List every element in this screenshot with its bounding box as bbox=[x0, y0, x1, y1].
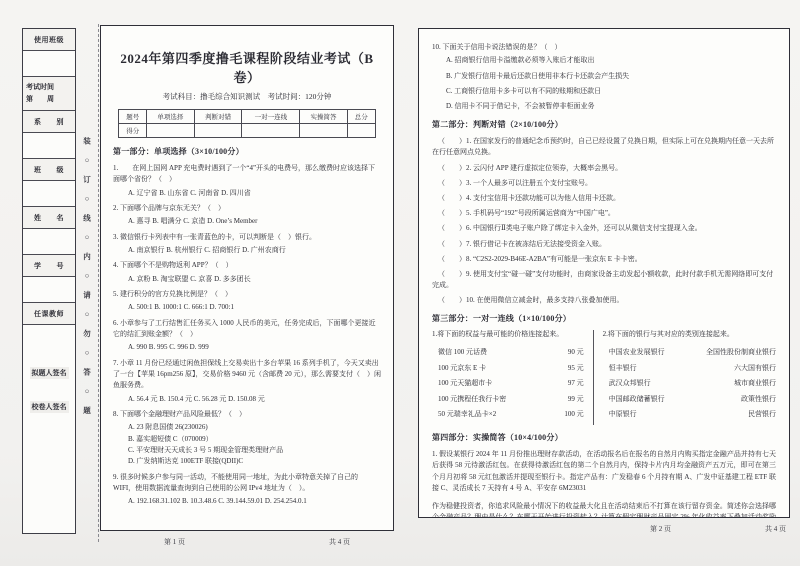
score-row-label: 得分 bbox=[119, 124, 147, 138]
score-table-score-row: 得分 bbox=[119, 124, 375, 138]
single-choice-question-list: 1. 在网上国网 APP 充电费时遇到了一个“4”开头的电费号，那么缴费时应该选… bbox=[113, 163, 381, 508]
true-false-item: （ ）2. 云闪付 APP 建行虚拟定位领券，大概率会黑号。 bbox=[432, 163, 776, 174]
score-cell-empty bbox=[300, 124, 348, 138]
true-false-item: （ ）5. 手机码号“192”号段所属运营商为“中国广电”。 bbox=[432, 208, 776, 219]
field-blank-name bbox=[23, 229, 75, 255]
match-row: 中原银行 民营银行 bbox=[603, 409, 776, 419]
match-row: 100 元京东 E 卡 95 元 bbox=[432, 363, 584, 373]
binding-line-strip: 装○订○线○内○请○勿○答○题 bbox=[78, 28, 96, 534]
match-item-right: 99 元 bbox=[568, 394, 584, 404]
true-false-item: （ ）9. 使用支付宝“碰一碰”支付功能时，由商家设备主动发起小额收款，此时付款… bbox=[432, 269, 776, 291]
match-item-right: 97 元 bbox=[568, 378, 584, 388]
page-number: 第 1 页 bbox=[164, 537, 185, 547]
question-options: A. 192.168.31.102 B. 10.3.48.6 C. 39.144… bbox=[128, 496, 381, 507]
score-header-cell: 实操简答 bbox=[300, 110, 348, 124]
question-text: 4. 下面哪个不是购物返利 APP？（ ） bbox=[113, 260, 381, 271]
question-block: 6. 小章参与了工行结售汇任务买入 1000 人民币的美元，任务完成后，下面哪个… bbox=[113, 318, 381, 354]
exam-page-2: 10. 下面关于信用卡说法错误的是？（ ） A. 招商银行信用卡溢缴款必须等入账… bbox=[418, 28, 790, 518]
question-options: A. 京粉 B. 淘宝联盟 C. 京喜 D. 多多团长 bbox=[128, 274, 381, 285]
score-header-cell: 判断对错 bbox=[194, 110, 242, 124]
page-2-footer: 第 2 页 共 4 页 bbox=[418, 524, 790, 534]
question-options: A. 23 附息国债 26(230026) B. 嘉实超短债 C（070009）… bbox=[128, 422, 381, 467]
question-option: D. 信用卡不同于借记卡，不会被暂停非柜面业务 bbox=[446, 101, 776, 112]
page-1-footer: 第 1 页 共 4 页 bbox=[100, 537, 394, 547]
question-options: A. 990 B. 995 C. 996 D. 999 bbox=[128, 342, 381, 353]
exam-page-1: 2024年第四季度撸毛课程阶段结业考试（B卷） 考试科目：撸毛综合知识测试 考试… bbox=[100, 25, 394, 531]
question-options: A. 南京银行 B. 杭州银行 C. 招商银行 D. 广州农商行 bbox=[128, 245, 381, 256]
score-cell-empty bbox=[347, 124, 375, 138]
score-cell-empty bbox=[242, 124, 300, 138]
true-false-item: （ ）7. 银行借记卡在被冻结后无法接受资金入账。 bbox=[432, 239, 776, 250]
true-false-item: （ ）4. 支付宝信用卡还款功能可以为他人信用卡还款。 bbox=[432, 193, 776, 204]
section-1-heading: 第一部分：单项选择（3×10/100分） bbox=[113, 146, 381, 157]
true-false-item: （ ）6. 中国银行Ⅱ类电子账户除了绑定卡入金外，还可以从微信支付宝提现入金。 bbox=[432, 223, 776, 234]
match-item-right: 城市商业银行 bbox=[734, 378, 776, 388]
match-item-right: 全国性股份制商业银行 bbox=[706, 347, 776, 357]
practical-question-paragraph: 作为稳健投资者，你追求风险最小情况下的收益最大化且在活动结束后不打算在该行留存资… bbox=[432, 501, 776, 518]
score-header-cell: 总分 bbox=[347, 110, 375, 124]
match-item-left: 中国农业发展银行 bbox=[609, 347, 665, 357]
matching-column-prices: 1.将下面的权益与最可能的价格连接起来。 微信 100 元话费 90 元 100… bbox=[432, 330, 594, 424]
match-item-left: 中原银行 bbox=[609, 409, 637, 419]
matching-column-banks: 2.将下面的银行与其对应的类别连接起来。 中国农业发展银行 全国性股份制商业银行… bbox=[594, 330, 776, 424]
question-block: 8. 下面哪个金融理财产品风险最低？（ ） A. 23 附息国债 26(2300… bbox=[113, 409, 381, 468]
page-number: 第 2 页 bbox=[650, 524, 671, 534]
match-item-left: 中国邮政储蓄银行 bbox=[609, 394, 665, 404]
match-row: 武汉众邦银行 城市商业银行 bbox=[603, 378, 776, 388]
section-3-heading: 第三部分：一对一连线（1×10/100分） bbox=[432, 313, 776, 324]
field-label-use-class: 使用班级 bbox=[23, 29, 75, 51]
match-row: 100 元天猫超市卡 97 元 bbox=[432, 378, 584, 388]
question-text: 3. 微信银行卡列表中有一张青蓝色的卡，可以判断是（ ）银行。 bbox=[113, 232, 381, 243]
signature-area: 拟题人签名 校卷人签名 bbox=[23, 325, 75, 533]
match-item-right: 95 元 bbox=[568, 363, 584, 373]
match-item-left: 武汉众邦银行 bbox=[609, 378, 651, 388]
question-setter-signature-label: 拟题人签名 bbox=[30, 367, 69, 379]
matching-1-title: 1.将下面的权益与最可能的价格连接起来。 bbox=[432, 330, 584, 340]
question-options: A. 惠寻 B. 唱满分 C. 京造 D. One’s Member bbox=[128, 216, 381, 227]
proofreader-signature-label: 校卷人签名 bbox=[30, 401, 69, 413]
field-blank-use-class bbox=[23, 51, 75, 77]
field-label-student-id: 学 号 bbox=[23, 255, 75, 277]
question-10-options: A. 招商银行信用卡溢缴款必须等入账后才能取出 B. 广发银行信用卡最后还款日使… bbox=[432, 55, 776, 112]
exam-subtitle: 考试科目：撸毛综合知识测试 考试时间：120分钟 bbox=[113, 91, 381, 102]
question-option: C. 工商银行信用卡多卡可以有不同的账期和还款日 bbox=[446, 86, 776, 97]
question-text: 8. 下面哪个金融理财产品风险最低？（ ） bbox=[113, 409, 381, 420]
exam-time-label: 考试时间 bbox=[26, 82, 54, 93]
score-table-header-row: 题号 单项选择 判断对错 一对一连线 实操简答 总分 bbox=[119, 110, 375, 124]
score-header-cell: 一对一连线 bbox=[242, 110, 300, 124]
question-option: A. 招商银行信用卡溢缴款必须等入账后才能取出 bbox=[446, 55, 776, 66]
question-block: 9. 很多时候多户参与同一活动，不能使用同一地址，为此小章特意关掉了自己的 WI… bbox=[113, 472, 381, 508]
field-label-exam-time: 考试时间 第 周 bbox=[23, 77, 75, 111]
exam-week-label: 第 周 bbox=[26, 94, 54, 105]
score-header-cell: 单项选择 bbox=[147, 110, 195, 124]
question-block: 1. 在网上国网 APP 充电费时遇到了一个“4”开头的电费号，那么缴费时应该选… bbox=[113, 163, 381, 199]
score-header-cell: 题号 bbox=[119, 110, 147, 124]
question-text: 10. 下面关于信用卡说法错误的是？（ ） bbox=[432, 42, 776, 53]
match-item-right: 90 元 bbox=[568, 347, 584, 357]
match-item-left: 50 元瑞幸礼品卡×2 bbox=[438, 409, 496, 419]
field-blank-student-id bbox=[23, 277, 75, 303]
binding-dashed-line bbox=[98, 24, 99, 542]
scanned-exam-sheet: 使用班级 考试时间 第 周 系 别 班 级 姓 名 学 号 任课教师 拟题人签名… bbox=[0, 0, 800, 566]
question-10-block: 10. 下面关于信用卡说法错误的是？（ ） A. 招商银行信用卡溢缴款必须等入账… bbox=[432, 42, 776, 112]
field-label-department: 系 别 bbox=[23, 111, 75, 133]
matching-2-rows: 中国农业发展银行 全国性股份制商业银行 恒丰银行 六大国有银行 武汉众邦银行 城… bbox=[603, 347, 776, 419]
true-false-item: （ ）10. 在使用微信立减金时，最多支持八张叠加使用。 bbox=[432, 295, 776, 306]
section-4-heading: 第四部分：实操简答（10×4/100分） bbox=[432, 432, 776, 443]
question-options: A. 56.4 元 B. 150.4 元 C. 56.28 元 D. 150.0… bbox=[128, 394, 381, 405]
match-row: 中国农业发展银行 全国性股份制商业银行 bbox=[603, 347, 776, 357]
exam-title: 2024年第四季度撸毛课程阶段结业考试（B卷） bbox=[113, 48, 381, 86]
field-blank-grade bbox=[23, 181, 75, 207]
question-option: B. 广发银行信用卡最后还款日使用非本行卡还款会产生损失 bbox=[446, 71, 776, 82]
question-block: 7. 小章 11 月份已经通过闲鱼担保线上交易卖出十多台苹果 16 系列手机了，… bbox=[113, 358, 381, 405]
matching-1-rows: 微信 100 元话费 90 元 100 元京东 E 卡 95 元 100 元天猫… bbox=[432, 347, 584, 419]
page-total: 共 4 页 bbox=[329, 537, 350, 547]
match-item-left: 100 元天猫超市卡 bbox=[438, 378, 492, 388]
page-total: 共 4 页 bbox=[765, 524, 786, 534]
field-label-name: 姓 名 bbox=[23, 207, 75, 229]
true-false-item-list: （ ）1. 在国家发行的普通纪念币预约时，自己已经设置了兑换日期，但实际上可在兑… bbox=[432, 136, 776, 306]
match-item-right: 100 元 bbox=[564, 409, 583, 419]
question-block: 4. 下面哪个不是购物返利 APP？（ ） A. 京粉 B. 淘宝联盟 C. 京… bbox=[113, 260, 381, 285]
question-block: 5. 建行积分的官方兑换比例是？（ ） A. 500:1 B. 1000:1 C… bbox=[113, 289, 381, 314]
student-info-column: 使用班级 考试时间 第 周 系 别 班 级 姓 名 学 号 任课教师 拟题人签名… bbox=[22, 28, 76, 534]
score-cell-empty bbox=[194, 124, 242, 138]
match-row: 50 元瑞幸礼品卡×2 100 元 bbox=[432, 409, 584, 419]
field-blank-department bbox=[23, 133, 75, 159]
score-cell-empty bbox=[147, 124, 195, 138]
score-table: 题号 单项选择 判断对错 一对一连线 实操简答 总分 得分 bbox=[118, 109, 375, 138]
question-text: 2. 下面哪个品牌与京东无关？（ ） bbox=[113, 203, 381, 214]
question-block: 2. 下面哪个品牌与京东无关？（ ） A. 惠寻 B. 唱满分 C. 京造 D.… bbox=[113, 203, 381, 228]
match-item-left: 100 元京东 E 卡 bbox=[438, 363, 486, 373]
match-row: 微信 100 元话费 90 元 bbox=[432, 347, 584, 357]
question-options: A. 辽宁省 B. 山东省 C. 河南省 D. 四川省 bbox=[128, 188, 381, 199]
field-label-teacher: 任课教师 bbox=[23, 303, 75, 325]
match-item-right: 民营银行 bbox=[748, 409, 776, 419]
section-2-heading: 第二部分：判断对错（2×10/100分） bbox=[432, 119, 776, 130]
true-false-item: （ ）3. 一个人最多可以注册五个支付宝账号。 bbox=[432, 178, 776, 189]
binding-line-text: 装○订○线○内○请○勿○答○题 bbox=[82, 137, 93, 425]
question-text: 5. 建行积分的官方兑换比例是？（ ） bbox=[113, 289, 381, 300]
question-text: 9. 很多时候多户参与同一活动，不能使用同一地址，为此小章特意关掉了自己的 WI… bbox=[113, 472, 381, 495]
question-text: 6. 小章参与了工行结售汇任务买入 1000 人民币的美元，任务完成后，下面哪个… bbox=[113, 318, 381, 341]
match-item-left: 微信 100 元话费 bbox=[438, 347, 487, 357]
question-options: A. 500:1 B. 1000:1 C. 666:1 D. 700:1 bbox=[128, 302, 381, 313]
true-false-item: （ ）1. 在国家发行的普通纪念币预约时，自己已经设置了兑换日期，但实际上可在兑… bbox=[432, 136, 776, 158]
match-row: 恒丰银行 六大国有银行 bbox=[603, 363, 776, 373]
question-block: 3. 微信银行卡列表中有一张青蓝色的卡，可以判断是（ ）银行。 A. 南京银行 … bbox=[113, 232, 381, 257]
matching-2-title: 2.将下面的银行与其对应的类别连接起来。 bbox=[603, 330, 776, 340]
question-text: 7. 小章 11 月份已经通过闲鱼担保线上交易卖出十多台苹果 16 系列手机了，… bbox=[113, 358, 381, 392]
match-item-left: 恒丰银行 bbox=[609, 363, 637, 373]
question-text: 1. 在网上国网 APP 充电费时遇到了一个“4”开头的电费号，那么缴费时应该选… bbox=[113, 163, 381, 186]
match-row: 100 元携程任我行卡密 99 元 bbox=[432, 394, 584, 404]
match-item-right: 政策性银行 bbox=[741, 394, 776, 404]
field-label-grade: 班 级 bbox=[23, 159, 75, 181]
match-row: 中国邮政储蓄银行 政策性银行 bbox=[603, 394, 776, 404]
true-false-item: （ ）8. “C2S2-2029-B46E-A2BA”有可能是一张京东 E 卡卡… bbox=[432, 254, 776, 265]
practical-question-paragraph: 1. 假设某银行 2024 年 11 月份推出理财存款活动，在活动报名后在报名的… bbox=[432, 449, 776, 495]
match-item-left: 100 元携程任我行卡密 bbox=[438, 394, 506, 404]
matching-section: 1.将下面的权益与最可能的价格连接起来。 微信 100 元话费 90 元 100… bbox=[432, 330, 776, 424]
match-item-right: 六大国有银行 bbox=[734, 363, 776, 373]
